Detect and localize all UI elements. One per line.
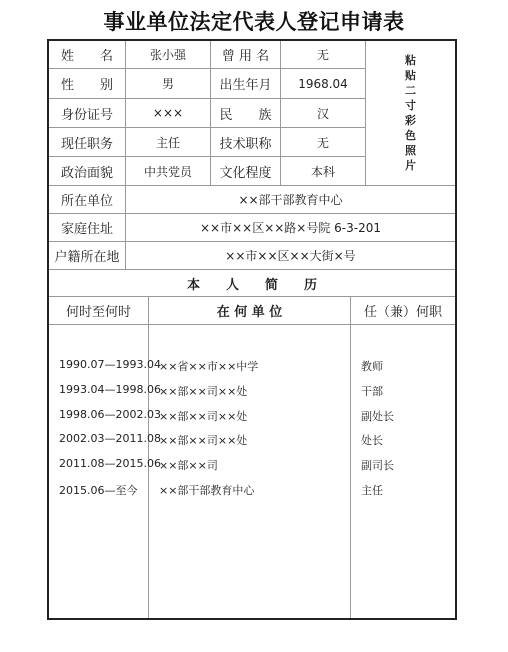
unit-label: 所在单位: [49, 186, 125, 213]
resume-section-title: 本 人 简 历: [49, 270, 455, 296]
address-label: 家庭住址: [49, 214, 125, 241]
resume-role: 主任: [361, 482, 383, 498]
resume-unit: ××部干部教育中心: [159, 482, 254, 498]
resume-role: 教师: [361, 358, 383, 374]
photo-label-char: 色: [405, 128, 416, 143]
political-value: 中共党员: [126, 157, 210, 185]
former-name-label: 曾 用 名: [211, 41, 280, 68]
id-label: 身份证号: [49, 99, 125, 127]
ethnicity-label: 民 族: [211, 99, 280, 127]
resume-role: 干部: [361, 383, 383, 399]
education-label: 文化程度: [211, 157, 280, 185]
resume-role: 处长: [361, 432, 383, 448]
resume-role: 副处长: [361, 408, 394, 424]
resume-period: 2002.03—2011.08: [59, 432, 161, 445]
political-label: 政治面貌: [49, 157, 125, 185]
education-value: 本科: [281, 157, 365, 185]
photo-label-char: 二: [405, 83, 416, 98]
resume-unit: ××省××市××中学: [159, 358, 258, 374]
former-name-value: 无: [281, 41, 365, 68]
photo-label-char: 贴: [405, 68, 416, 83]
resume-period: 2015.06—至今: [59, 482, 138, 498]
tech-title-label: 技术职称: [211, 128, 280, 156]
address-value: ××市××区××路×号院 6-3-201: [126, 214, 455, 241]
resume-unit: ××部××司××处: [159, 432, 247, 448]
photo-placeholder[interactable]: 粘 贴 二 寸 彩 色 照 片: [366, 41, 455, 185]
name-value: 张小强: [126, 41, 210, 68]
birth-label: 出生年月: [211, 69, 280, 98]
resume-role: 副司长: [361, 457, 394, 473]
form-title: 事业单位法定代表人登记申请表: [0, 6, 508, 36]
ethnicity-value: 汉: [281, 99, 365, 127]
tech-title-value: 无: [281, 128, 365, 156]
resume-period: 1990.07—1993.04: [59, 358, 161, 371]
photo-label-char: 寸: [405, 98, 416, 113]
hukou-label: 户籍所在地: [49, 242, 125, 269]
hukou-value: ××市××区××大街×号: [126, 242, 455, 269]
resume-unit: ××部××司××处: [159, 408, 247, 424]
gender-value: 男: [126, 69, 210, 98]
registration-table: 姓 名 张小强 曾 用 名 无 性 别 男 出生年月 1968.04 身份证号 …: [47, 39, 457, 620]
resume-period: 2011.08—2015.06: [59, 457, 161, 470]
resume-header-role: 任（兼）何职: [351, 297, 455, 324]
unit-value: ××部干部教育中心: [126, 186, 455, 213]
resume-unit: ××部××司××处: [159, 383, 247, 399]
photo-label-char: 粘: [405, 53, 416, 68]
id-value: ×××: [126, 99, 210, 127]
resume-header-period: 何时至何时: [49, 297, 148, 324]
birth-value: 1968.04: [281, 69, 365, 98]
position-value: 主任: [126, 128, 210, 156]
position-label: 现任职务: [49, 128, 125, 156]
resume-header-unit: 在 何 单 位: [149, 297, 350, 324]
name-label: 姓 名: [49, 41, 125, 68]
photo-label-char: 照: [405, 143, 416, 158]
resume-period: 1993.04—1998.06: [59, 383, 161, 396]
resume-unit: ××部××司: [159, 457, 218, 473]
photo-label-char: 彩: [405, 113, 416, 128]
photo-label-char: 片: [405, 158, 416, 173]
resume-period: 1998.06—2002.03: [59, 408, 161, 421]
gender-label: 性 别: [49, 69, 125, 98]
